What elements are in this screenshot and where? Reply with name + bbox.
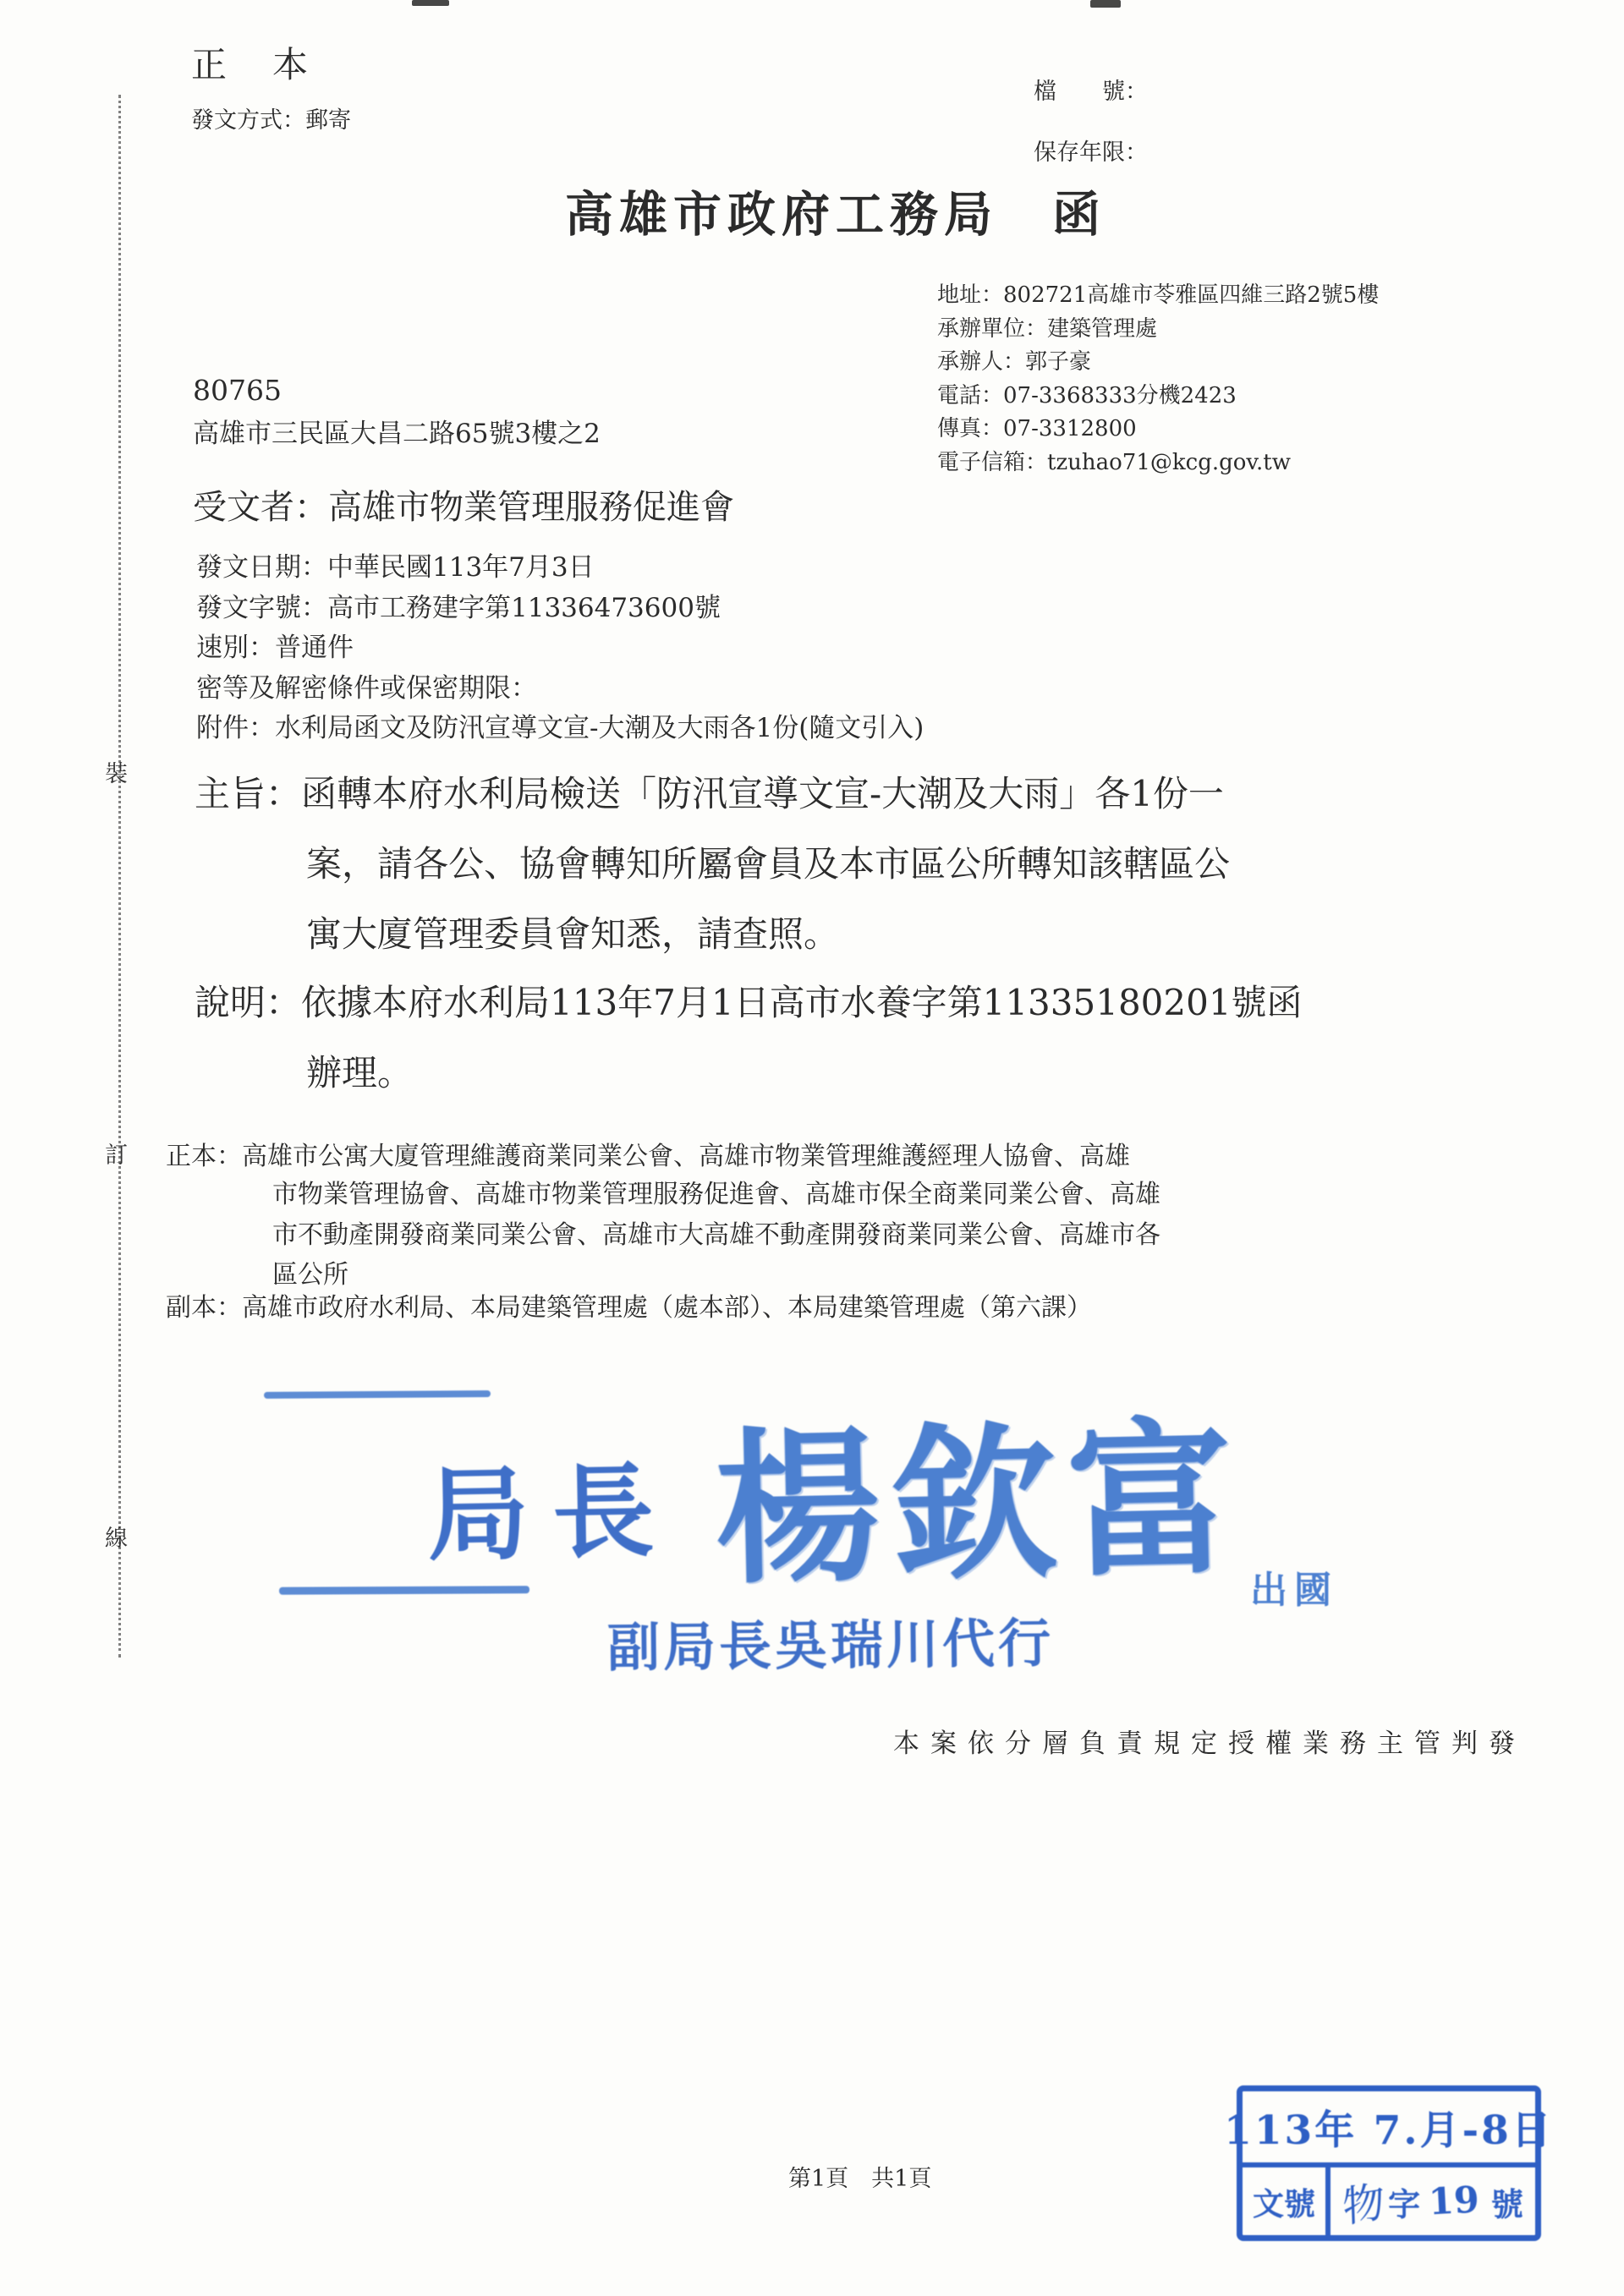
doc-number-unit: 號 [1491,2178,1523,2225]
subject-line-2: 案，請各公、協會轉知所屬會員及本市區公所轉知該轄區公 [306,836,1230,887]
agency-contact-block: 地址：802721高雄市苓雅區四維三路2號5樓 承辦單位：建築管理處 承辦人：郭… [937,279,1379,479]
subject-line-3: 寓大廈管理委員會知悉，請查照。 [306,907,839,957]
agency-phone: 電話：07-3368333分機2423 [937,380,1379,414]
agency-handling-unit: 承辦單位：建築管理處 [937,313,1379,347]
agency-handler: 承辦人：郭子豪 [937,346,1379,380]
recipient-address: 高雄市三民區大昌二路65號3樓之2 [193,412,601,450]
deputy-director-stamp: 副局長吳瑞川代行 [607,1601,1055,1681]
doc-number-value: 物 字 19 號 [1330,2167,1535,2235]
agency-fax: 傳真：07-3312800 [937,413,1379,447]
document-title: 高雄市政府工務局 函 [565,176,1106,245]
description-line-1: 說明：依據本府水利局113年7月1日高市水養字第11335180201號函 [195,975,1303,1026]
binding-label-xian: 線 [105,1520,128,1553]
issue-number: 發文字號：高市工務建字第11336473600號 [196,589,924,629]
file-number-label: 檔 號： [1034,73,1148,106]
doc-number-word: 字 [1388,2178,1420,2225]
original-copy-recipients-line-1: 正本：高雄市公寓大廈管理維護商業同業公會、高雄市物業管理維護經理人協會、高雄 [166,1135,1130,1172]
page-number: 第1頁 共1頁 [788,2160,931,2193]
director-title-stamp: 局長 [426,1430,679,1580]
authorization-note: 本案依分層負責規定授權業務主管判發 [893,1722,1526,1760]
attachments: 附件：水利局函文及防汛宣導文宣-大潮及大雨各1份(隨文引入) [196,709,924,749]
received-date: 113年 7.月-8日 [1243,2091,1535,2167]
document-meta-block: 發文日期：中華民國113年7月3日 發文字號：高市工務建字第1133647360… [196,548,924,749]
original-copy-recipients-continued: 市物業管理協會、高雄市物業管理服務促進會、高雄市保全商業同業公會、高雄 市不動產… [272,1175,1160,1296]
subject-line-1: 主旨：函轉本府水利局檢送「防汛宣導文宣-大潮及大雨」各1份一 [195,766,1224,817]
delivery-method-label: 發文方式：郵寄 [191,101,351,134]
official-letter-page: 正 本 發文方式：郵寄 檔 號： 保存年限： 高雄市政府工務局 函 地址：802… [0,0,1624,2296]
copy-type-label: 正 本 [191,37,313,88]
recipient-line: 受文者：高雄市物業管理服務促進會 [193,480,734,529]
issue-date: 發文日期：中華民國113年7月3日 [196,548,924,589]
binding-dotted-line [118,95,121,1658]
recipient-zip: 80765 [193,374,282,407]
director-status-stamp: 出國 [1250,1559,1338,1614]
doc-number-label: 文號 [1243,2167,1330,2235]
received-doc-number-row: 文號 物 字 19 號 [1243,2167,1535,2235]
retention-period-label: 保存年限： [1034,134,1148,167]
binding-label-ding: 訂 [105,1137,128,1170]
received-date-stamp: 113年 7.月-8日 文號 物 字 19 號 [1237,2085,1541,2241]
speed-class: 速別：普通件 [196,628,924,669]
agency-address: 地址：802721高雄市苓雅區四維三路2號5樓 [937,279,1379,313]
signature-stamp-underline-top [264,1390,491,1399]
confidentiality: 密等及解密條件或保密期限： [196,669,924,710]
director-name-stamp: 楊欽富 [712,1366,1245,1615]
agency-email: 電子信箱：tzuhao71@kcg.gov.tw [937,447,1379,480]
original-copy-recipients-line-3: 市不動產開發商業同業公會、高雄市大高雄不動產開發商業同業公會、高雄市各 [272,1215,1160,1256]
scan-artifact [1090,0,1121,8]
doc-number-handwritten-char: 物 [1341,2167,1385,2235]
signature-stamp-underline-bottom [279,1586,529,1595]
description-line-2: 辦理。 [306,1045,413,1096]
binding-label-zhuang: 裝 [105,755,128,788]
scan-artifact [412,0,449,6]
doc-number-digits: 19 [1428,2178,1480,2223]
carbon-copy-recipients: 副本：高雄市政府水利局、本局建築管理處（處本部）、本局建築管理處（第六課） [166,1286,1092,1323]
original-copy-recipients-line-2: 市物業管理協會、高雄市物業管理服務促進會、高雄市保全商業同業公會、高雄 [272,1175,1160,1215]
